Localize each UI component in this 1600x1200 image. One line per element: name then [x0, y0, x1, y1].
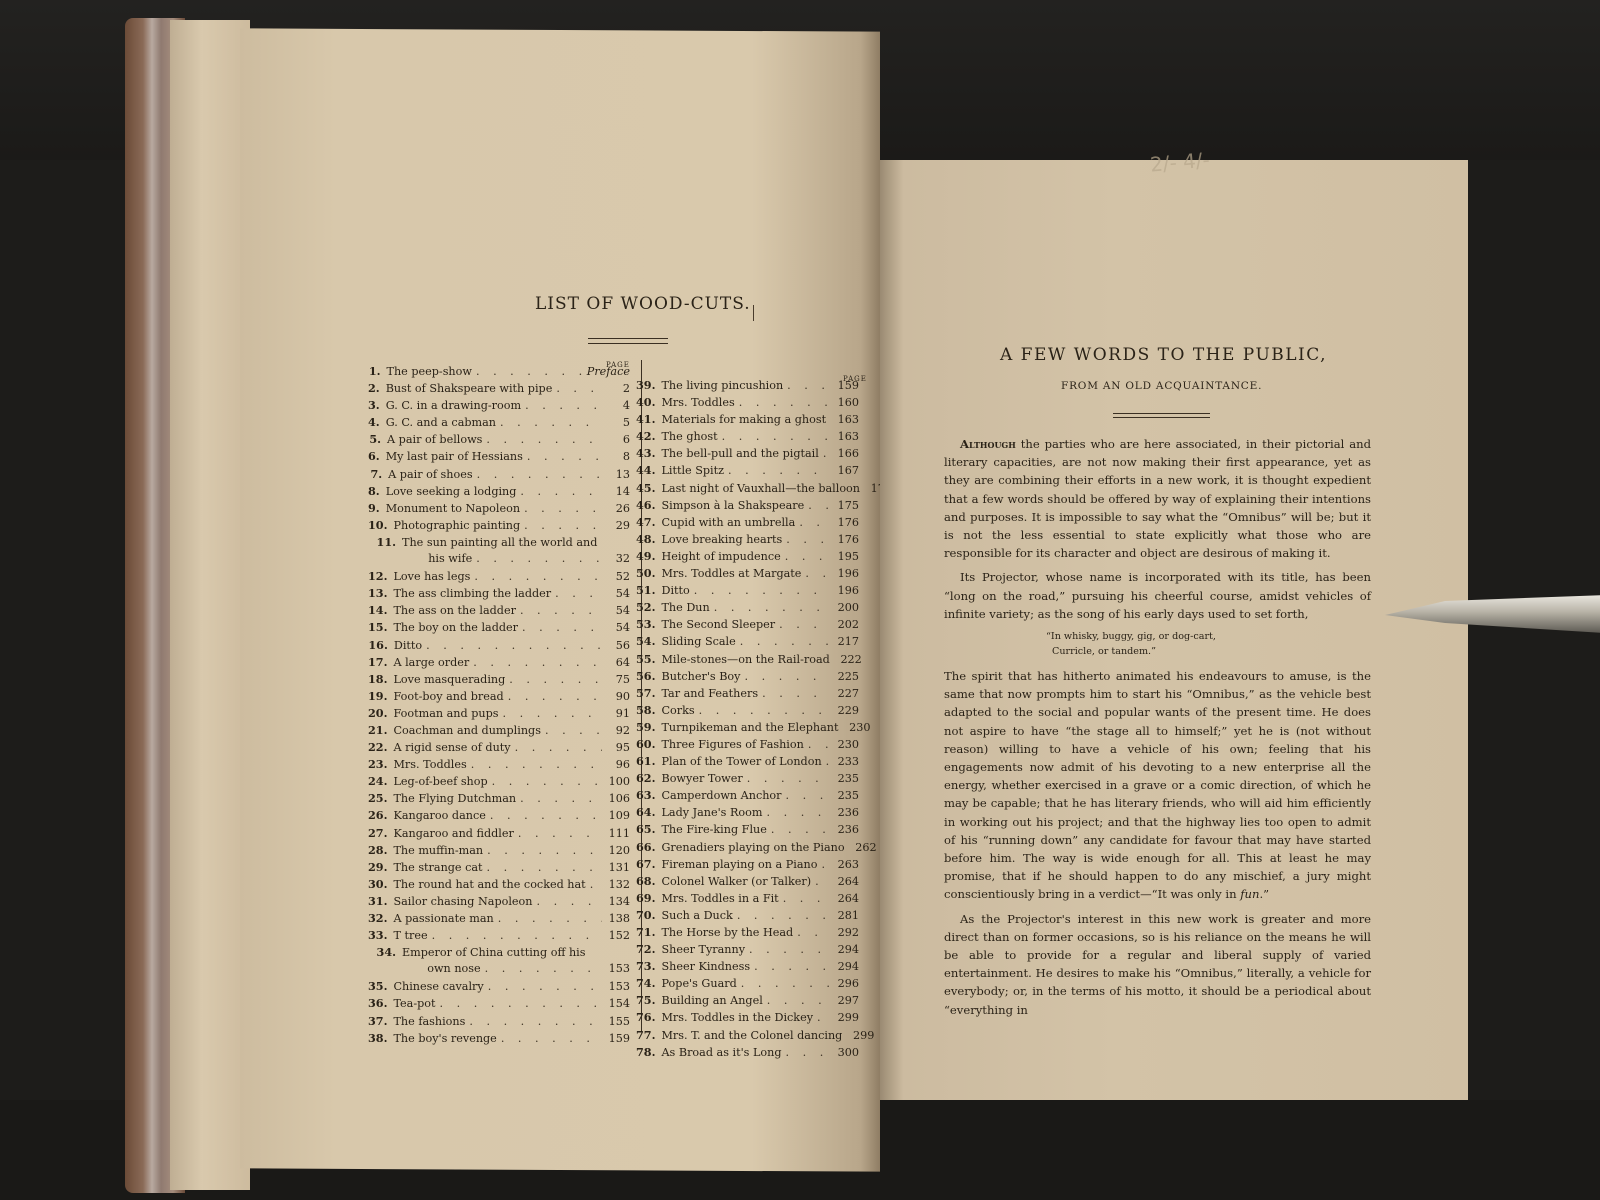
entry-page: 111	[602, 827, 630, 840]
entry-number: 67.	[636, 857, 655, 871]
dot-leader: . . . . . . . . . . . . . . .	[745, 943, 831, 956]
entry-number: 57.	[636, 686, 655, 700]
entry-page: 236	[831, 823, 859, 836]
entry-number: 75.	[636, 993, 655, 1007]
dot-leader: . . . . . . . . . . . . . . .	[733, 909, 831, 922]
toc-entry: 78.As Broad as it's Long. . . . . . . . …	[636, 1045, 859, 1062]
entry-page: 8	[602, 450, 630, 463]
entry-number: 52.	[636, 600, 655, 614]
entry-number: 40.	[636, 395, 655, 409]
entry-page: 163	[831, 413, 859, 426]
entry-title: Sheer Tyranny	[661, 943, 745, 956]
entry-page: 175	[831, 499, 859, 512]
entry-title: Pope's Guard	[661, 977, 736, 990]
dot-leader: . . . . . . . . . . . . . . .	[505, 673, 602, 686]
paragraph-3-end: .”	[1259, 887, 1269, 901]
paragraph-3-text: The spirit that has hitherto animated hi…	[944, 669, 1371, 901]
entry-page: 154	[602, 997, 630, 1010]
entry-title: Mrs. Toddles	[393, 758, 466, 771]
entry-page: Preface	[587, 365, 630, 378]
toc-entry: 50.Mrs. Toddles at Margate. . . . . . . …	[636, 566, 859, 583]
toc-entry: 64.Lady Jane's Room. . . . . . . . . . .…	[636, 805, 859, 822]
entry-title: A pair of bellows	[387, 433, 482, 446]
dot-leader: . . . . . . . . . . . . . . .	[472, 552, 602, 565]
toc-entry: 52.The Dun. . . . . . . . . . . . . . .2…	[636, 600, 859, 617]
dot-leader: . . . . . . . . . . . . . . .	[521, 399, 602, 412]
entry-number: 14.	[368, 603, 387, 617]
toc-entry: 47.Cupid with an umbrella. . . . . . . .…	[636, 515, 859, 532]
entry-page: 2	[602, 382, 630, 395]
toc-entry: 40.Mrs. Toddles. . . . . . . . . . . . .…	[636, 395, 859, 412]
toc-entry: 77.Mrs. T. and the Colonel dancing. . . …	[636, 1028, 859, 1045]
toc-entry: 3.G. C. in a drawing-room. . . . . . . .…	[368, 398, 630, 415]
entry-page: 166	[831, 447, 859, 460]
entry-page: 152	[602, 929, 630, 942]
toc-entry: 6.My last pair of Hessians. . . . . . . …	[368, 449, 630, 466]
paragraph-4: As the Projector's interest in this new …	[944, 910, 1371, 1019]
entry-title: The boy on the ladder	[393, 621, 518, 634]
dot-leader: . . . . . . . . . . . . . . .	[767, 823, 831, 836]
entry-title: own nose	[387, 962, 480, 975]
toc-entry: 46.Simpson à la Shakspeare. . . . . . . …	[636, 498, 859, 515]
dot-leader: . . . . . . . . . . . . . . .	[488, 775, 602, 788]
entry-page: 32	[602, 552, 630, 565]
toc-entry: 36.Tea-pot. . . . . . . . . . . . . . .1…	[368, 996, 630, 1013]
dot-leader: . . . . . . . . . . . . . . .	[818, 858, 832, 871]
entry-number: 15.	[368, 620, 387, 634]
list-title: LIST OF WOOD-CUTS.	[535, 294, 751, 314]
dot-leader: . . . . . . . . . . . . . . .	[750, 960, 831, 973]
entry-page: 264	[831, 875, 859, 888]
entry-title: The living pincushion	[661, 379, 783, 392]
entry-title: Sheer Kindness	[661, 960, 750, 973]
toc-entry: 59.Turnpikeman and the Elephant. . . . .…	[636, 720, 859, 737]
entry-number: 42.	[636, 429, 655, 443]
entry-page: 90	[602, 690, 630, 703]
entry-page: 4	[602, 399, 630, 412]
entry-title: Mrs. Toddles at Margate	[661, 567, 801, 580]
paragraph-1-text: the parties who are here associated, in …	[944, 437, 1371, 560]
entry-title: Chinese cavalry	[393, 980, 483, 993]
woodcut-list-right-column: 39.The living pincushion. . . . . . . . …	[636, 378, 859, 1062]
entry-page: 222	[834, 653, 862, 666]
toc-entry: 71.The Horse by the Head. . . . . . . . …	[636, 925, 859, 942]
dot-leader: . . . . . . . . . . . . . . .	[541, 724, 602, 737]
italic-word: fun	[1240, 887, 1259, 901]
entry-number: 25.	[368, 791, 387, 805]
dot-leader: . . . . . . . . . . . . . . .	[758, 687, 831, 700]
entry-title: Coachman and dumplings	[393, 724, 540, 737]
dot-leader: . . . . . . . . . . . . . . .	[486, 809, 602, 822]
dot-leader: . . . . . . . . . . . . . . .	[779, 892, 831, 905]
entry-page: 134	[602, 895, 630, 908]
entry-title: his wife	[388, 552, 472, 565]
toc-entry: 31.Sailor chasing Napoleon. . . . . . . …	[368, 894, 630, 911]
pencil-mark	[753, 305, 754, 321]
entry-number: 21.	[368, 723, 387, 737]
entry-title: T tree	[393, 929, 427, 942]
entry-title: Kangaroo dance	[393, 809, 485, 822]
dot-leader: . . . . . . . . . . . . . . .	[804, 738, 831, 751]
toc-entry: 69.Mrs. Toddles in a Fit. . . . . . . . …	[636, 891, 859, 908]
toc-entry: 17.A large order. . . . . . . . . . . . …	[368, 655, 630, 672]
dot-leader: . . . . . . . . . . . . . . .	[484, 980, 602, 993]
address-double-rule	[1113, 413, 1210, 418]
entry-number: 63.	[636, 788, 655, 802]
entry-page: 160	[831, 396, 859, 409]
toc-entry: 2.Bust of Shakspeare with pipe. . . . . …	[368, 381, 630, 398]
entry-number: 56.	[636, 669, 655, 683]
dot-leader: . . . . . . . . . . . . . . .	[472, 365, 587, 378]
toc-entry: 58.Corks. . . . . . . . . . . . . . .229	[636, 703, 859, 720]
toc-entry: 21.Coachman and dumplings. . . . . . . .…	[368, 723, 630, 740]
entry-page: 294	[831, 960, 859, 973]
entry-page: 91	[602, 707, 630, 720]
dot-leader: . . . . . . . . . . . . . . .	[811, 875, 831, 888]
entry-number: 74.	[636, 976, 655, 990]
entry-number: 28.	[368, 843, 387, 857]
entry-number: 47.	[636, 515, 655, 529]
entry-page: 159	[602, 1032, 630, 1045]
toc-entry: 28.The muffin-man. . . . . . . . . . . .…	[368, 843, 630, 860]
entry-page: 202	[831, 618, 859, 631]
verse-line-2: Curricle, or tandem.”	[1052, 644, 1371, 659]
entry-title: My last pair of Hessians	[386, 450, 523, 463]
entry-number: 44.	[636, 463, 655, 477]
entry-page: 196	[831, 567, 859, 580]
entry-title: The Second Sleeper	[661, 618, 775, 631]
entry-title: Bust of Shakspeare with pipe	[386, 382, 553, 395]
entry-page: 5	[602, 416, 630, 429]
entry-title: A pair of shoes	[388, 468, 472, 481]
entry-page: 56	[602, 639, 630, 652]
dot-leader: . . . . . . . . . . . . . . .	[436, 997, 602, 1010]
toc-entry: 66.Grenadiers playing on the Piano. . . …	[636, 840, 859, 857]
entry-page: 153	[602, 962, 630, 975]
toc-entry: 61.Plan of the Tower of London. . . . . …	[636, 754, 859, 771]
entry-page: 131	[602, 861, 630, 874]
entry-number: 22.	[368, 740, 387, 754]
title-double-rule	[588, 338, 668, 344]
entry-title: Grenadiers playing on the Piano	[661, 841, 844, 854]
entry-title: The bell-pull and the pigtail	[661, 447, 818, 460]
entry-number: 12.	[368, 569, 387, 583]
verse-quote: “In whisky, buggy, gig, or dog-cart, Cur…	[1046, 629, 1371, 659]
toc-entry: 11.The sun painting all the world and	[368, 535, 630, 552]
entry-number: 33.	[368, 928, 387, 942]
toc-entry: 62.Bowyer Tower. . . . . . . . . . . . .…	[636, 771, 859, 788]
page-edges	[170, 20, 250, 1190]
entry-number: 31.	[368, 894, 387, 908]
dot-leader: . . . . . . . . . . . . . . .	[494, 912, 602, 925]
dot-leader: . . . . . . . . . . . . . . .	[793, 926, 831, 939]
entry-number: 4.	[368, 415, 380, 429]
entry-page: 297	[831, 994, 859, 1007]
dot-leader: . . . . . . . . . . . . . . .	[497, 1032, 602, 1045]
paragraph-3: The spirit that has hitherto animated hi…	[944, 667, 1371, 904]
entry-number: 68.	[636, 874, 655, 888]
entry-title: Mile-stones—on the Rail-road	[661, 653, 829, 666]
entry-page: 236	[831, 806, 859, 819]
toc-entry: 44.Little Spitz. . . . . . . . . . . . .…	[636, 463, 859, 480]
entry-page: 299	[846, 1029, 874, 1042]
toc-entry: 54.Sliding Scale. . . . . . . . . . . . …	[636, 634, 859, 651]
entry-number: 36.	[368, 996, 387, 1010]
entry-title: A passionate man	[393, 912, 493, 925]
entry-number: 11.	[368, 535, 396, 549]
entry-title: Mrs. T. and the Colonel dancing	[661, 1029, 842, 1042]
entry-title: The Fire-king Flue	[661, 823, 766, 836]
entry-number: 3.	[368, 398, 380, 412]
entry-title: The round hat and the cocked hat	[393, 878, 585, 891]
entry-title: Love masquerading	[393, 673, 505, 686]
toc-entry: 41.Materials for making a ghost. . . . .…	[636, 412, 859, 429]
entry-page: 120	[602, 844, 630, 857]
entry-page: 100	[602, 775, 630, 788]
entry-title: Plan of the Tower of London	[661, 755, 821, 768]
entry-number: 71.	[636, 925, 655, 939]
entry-title: Bowyer Tower	[661, 772, 742, 785]
dot-leader: . . . . . . . . . . . . . . .	[516, 604, 602, 617]
entry-title: The strange cat	[393, 861, 482, 874]
entry-page: 54	[602, 604, 630, 617]
toc-entry: 68.Colonel Walker (or Talker). . . . . .…	[636, 874, 859, 891]
dot-leader: . . . . . . . . . . . . . . .	[481, 962, 602, 975]
toc-entry: 12.Love has legs. . . . . . . . . . . . …	[368, 569, 630, 586]
entry-page: 95	[602, 741, 630, 754]
entry-title: Camperdown Anchor	[661, 789, 781, 802]
dot-leader: . . . . . . . . . . . . . . .	[523, 450, 602, 463]
toc-entry: 20.Footman and pups. . . . . . . . . . .…	[368, 706, 630, 723]
dot-leader: . . . . . . . . . . . . . . .	[496, 416, 602, 429]
dot-leader: . . . . . . . . . . . . . . .	[469, 656, 602, 669]
entry-title: The Horse by the Head	[661, 926, 793, 939]
entry-number: 60.	[636, 737, 655, 751]
entry-number: 72.	[636, 942, 655, 956]
entry-page: 217	[831, 635, 859, 648]
entry-title: Corks	[661, 704, 694, 717]
entry-number: 64.	[636, 805, 655, 819]
toc-entry: 60.Three Figures of Fashion. . . . . . .…	[636, 737, 859, 754]
entry-number: 49.	[636, 549, 655, 563]
dot-leader: . . . . . . . . . . . . . . .	[473, 468, 602, 481]
dot-leader: . . . . . . . . . . . . . . .	[775, 618, 831, 631]
toc-entry: 9.Monument to Napoleon. . . . . . . . . …	[368, 501, 630, 518]
entry-page: 26	[602, 502, 630, 515]
entry-number: 24.	[368, 774, 387, 788]
dot-leader: . . . . . . . . . . . . . . .	[710, 601, 831, 614]
entry-number: 53.	[636, 617, 655, 631]
entry-page: 235	[831, 772, 859, 785]
entry-title: Mrs. Toddles in the Dickey	[661, 1011, 813, 1024]
entry-title: Monument to Napoleon	[386, 502, 520, 515]
dot-leader: . . . . . . . . . . . . . . .	[695, 704, 831, 717]
toc-entry: 73.Sheer Kindness. . . . . . . . . . . .…	[636, 959, 859, 976]
entry-number: 39.	[636, 378, 655, 392]
dot-leader: . . . . . . . . . . . . . . .	[482, 433, 602, 446]
entry-page: 176	[831, 516, 859, 529]
dot-leader: . . . . . . . . . . . . . . .	[781, 550, 831, 563]
dot-leader: . . . . . . . . . . . . . . .	[514, 827, 602, 840]
entry-title: The ass climbing the ladder	[393, 587, 551, 600]
entry-number: 41.	[636, 412, 655, 426]
dot-leader: . . . . . . . . . . . . . . .	[422, 639, 602, 652]
toc-entry: 37.The fashions. . . . . . . . . . . . .…	[368, 1014, 630, 1031]
dot-leader: . . . . . . . . . . . . . . .	[470, 570, 602, 583]
toc-entry: 8.Love seeking a lodging. . . . . . . . …	[368, 484, 630, 501]
toc-entry: 34.Emperor of China cutting off his	[368, 945, 630, 962]
toc-entry: 10.Photographic painting. . . . . . . . …	[368, 518, 630, 535]
dot-leader: . . . . . . . . . . . . . . .	[690, 584, 831, 597]
dot-leader: . . . . . . . . . . . . . . .	[724, 464, 831, 477]
entry-page: 233	[831, 755, 859, 768]
entry-number: 48.	[636, 532, 655, 546]
entry-title: Three Figures of Fashion	[661, 738, 803, 751]
entry-number: 35.	[368, 979, 387, 993]
entry-number: 78.	[636, 1045, 655, 1059]
dot-leader: . . . . . . . . . . . . . . .	[740, 670, 831, 683]
entry-title: Tar and Feathers	[661, 687, 758, 700]
entry-number: 43.	[636, 446, 655, 460]
entry-title: Building an Angel	[661, 994, 762, 1007]
toc-entry: 26.Kangaroo dance. . . . . . . . . . . .…	[368, 808, 630, 825]
entry-page: 109	[602, 809, 630, 822]
entry-title: The Dun	[661, 601, 709, 614]
entry-title: Foot-boy and bread	[393, 690, 503, 703]
toc-entry: 22.A rigid sense of duty. . . . . . . . …	[368, 740, 630, 757]
entry-title: A large order	[393, 656, 469, 669]
entry-title: A rigid sense of duty	[393, 741, 510, 754]
entry-number: 55.	[636, 652, 655, 666]
entry-number: 26.	[368, 808, 387, 822]
dot-leader: . . . . . . . . . . . . . . .	[763, 994, 831, 1007]
dot-leader: . . . . . . . . . . . . . . .	[783, 379, 831, 392]
entry-number: 29.	[368, 860, 387, 874]
entry-page: 262	[849, 841, 877, 854]
entry-number: 7.	[368, 467, 382, 481]
toc-entry: 15.The boy on the ladder. . . . . . . . …	[368, 620, 630, 637]
entry-number: 6.	[368, 449, 380, 463]
toc-entry: 70.Such a Duck. . . . . . . . . . . . . …	[636, 908, 859, 925]
entry-title: Leg-of-beef shop	[393, 775, 487, 788]
entry-title: Such a Duck	[661, 909, 732, 922]
entry-number: 34.	[368, 945, 396, 959]
entry-number: 20.	[368, 706, 387, 720]
entry-page: 52	[602, 570, 630, 583]
toc-entry: 49.Height of impudence. . . . . . . . . …	[636, 549, 859, 566]
toc-entry: 7.A pair of shoes. . . . . . . . . . . .…	[368, 467, 630, 484]
entry-page: 227	[831, 687, 859, 700]
entry-number: 37.	[368, 1014, 387, 1028]
entry-page: 153	[602, 980, 630, 993]
dot-leader: . . . . . . . . . . . . . . .	[518, 621, 602, 634]
toc-entry: 32.A passionate man. . . . . . . . . . .…	[368, 911, 630, 928]
toc-entry: 57.Tar and Feathers. . . . . . . . . . .…	[636, 686, 859, 703]
toc-entry: 39.The living pincushion. . . . . . . . …	[636, 378, 859, 395]
toc-entry: 18.Love masquerading. . . . . . . . . . …	[368, 672, 630, 689]
dot-leader: . . . . . . . . . . . . . . .	[516, 792, 602, 805]
dot-leader: . . . . . . . . . . . . . . .	[735, 396, 831, 409]
entry-page: 176	[831, 533, 859, 546]
entry-title: Photographic painting	[393, 519, 520, 532]
entry-title: As Broad as it's Long	[661, 1046, 781, 1059]
entry-title: The boy's revenge	[393, 1032, 496, 1045]
letter-opener-blade	[1385, 593, 1600, 639]
entry-title: Sailor chasing Napoleon	[393, 895, 532, 908]
entry-page: 14	[602, 485, 630, 498]
entry-title: Ditto	[661, 584, 689, 597]
entry-number: 23.	[368, 757, 387, 771]
toc-entry: own nose. . . . . . . . . . . . . . .153	[368, 962, 630, 979]
woodcut-list-left-column: 1.The peep-show. . . . . . . . . . . . .…	[368, 364, 630, 1048]
entry-title: Love has legs	[393, 570, 470, 583]
toc-entry: 43.The bell-pull and the pigtail. . . . …	[636, 446, 859, 463]
entry-page: 281	[831, 909, 859, 922]
entry-page: 29	[602, 519, 630, 532]
toc-entry: 24.Leg-of-beef shop. . . . . . . . . . .…	[368, 774, 630, 791]
toc-entry: 56.Butcher's Boy. . . . . . . . . . . . …	[636, 669, 859, 686]
dot-leader: . . . . . . . . . . . . . . .	[822, 755, 831, 768]
entry-page: 300	[831, 1046, 859, 1059]
verse-line-1: “In whisky, buggy, gig, or dog-cart,	[1046, 629, 1371, 644]
entry-page: 230	[831, 738, 859, 751]
dot-leader: . . . . . . . . . . . . . . .	[520, 502, 602, 515]
entry-title: Footman and pups	[393, 707, 498, 720]
dot-leader: . . . . . . . . . . . . . . .	[782, 789, 831, 802]
entry-page: 299	[831, 1011, 859, 1024]
entry-page: 196	[831, 584, 859, 597]
dot-leader: . . . . . . . . . . . . . . .	[483, 844, 602, 857]
dot-leader: . . . . . . . . . . . . . . .	[516, 485, 602, 498]
dot-leader: . . . . . . . . . . . . . . .	[551, 587, 602, 600]
entry-title: The ass on the ladder	[393, 604, 515, 617]
entry-number: 59.	[636, 720, 655, 734]
toc-entry: 55.Mile-stones—on the Rail-road. . . . .…	[636, 652, 859, 669]
entry-page: 263	[831, 858, 859, 871]
entry-page: 132	[602, 878, 630, 891]
entry-page: 106	[602, 792, 630, 805]
entry-page: 230	[842, 721, 870, 734]
dot-leader: . . . . . . . . . . . . . . .	[801, 567, 831, 580]
entry-number: 32.	[368, 911, 387, 925]
dot-leader: . . . . . . . . . . . . . . .	[782, 533, 831, 546]
entry-page: 92	[602, 724, 630, 737]
entry-number: 16.	[368, 638, 388, 652]
entry-number: 1.	[368, 364, 381, 378]
entry-title: Emperor of China cutting off his	[402, 946, 585, 959]
paragraph-2: Its Projector, whose name is incorporate…	[944, 568, 1371, 623]
toc-entry: 74.Pope's Guard. . . . . . . . . . . . .…	[636, 976, 859, 993]
entry-title: Tea-pot	[393, 997, 435, 1010]
entry-number: 9.	[368, 501, 380, 515]
entry-number: 70.	[636, 908, 655, 922]
entry-title: Height of impudence	[661, 550, 780, 563]
entry-page: 264	[831, 892, 859, 905]
dot-leader: . . . . . . . . . . . . . . .	[762, 806, 831, 819]
dot-leader: . . . . . . . . . . . . . . .	[428, 929, 602, 942]
entry-number: 69.	[636, 891, 655, 905]
toc-entry: 72.Sheer Tyranny. . . . . . . . . . . . …	[636, 942, 859, 959]
entry-number: 46.	[636, 498, 655, 512]
entry-title: G. C. in a drawing-room	[386, 399, 521, 412]
entry-title: The ghost	[661, 430, 717, 443]
toc-entry: 27.Kangaroo and fiddler. . . . . . . . .…	[368, 826, 630, 843]
entry-title: Sliding Scale	[661, 635, 735, 648]
entry-title: The muffin-man	[393, 844, 483, 857]
entry-page: 159	[831, 379, 859, 392]
toc-entry: 29.The strange cat. . . . . . . . . . . …	[368, 860, 630, 877]
toc-entry: 25.The Flying Dutchman. . . . . . . . . …	[368, 791, 630, 808]
